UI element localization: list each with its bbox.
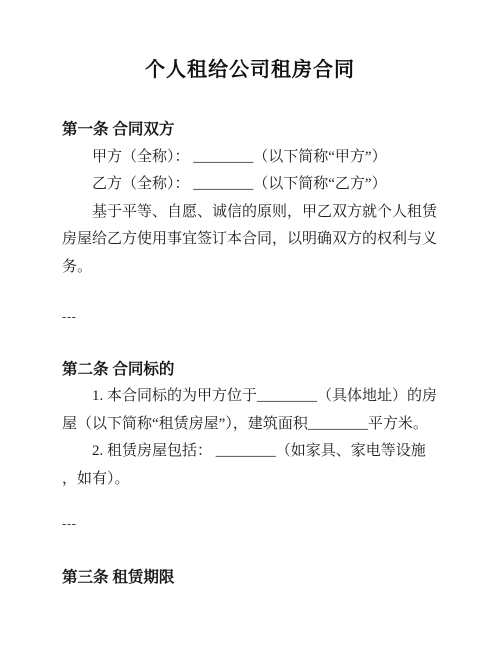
document-title: 个人租给公司租房合同 bbox=[62, 57, 438, 83]
section-contract-subject: 第二条 合同标的 1. 本合同标的为甲方位于________（具体地址）的房屋（… bbox=[62, 356, 438, 538]
section-divider: --- bbox=[62, 303, 438, 331]
section-3-heading: 第三条 租赁期限 bbox=[62, 564, 438, 592]
party-a-line: 甲方（全称）： ________（以下简称“甲方”） bbox=[62, 144, 438, 172]
subject-item-1: 1. 本合同标的为甲方位于________（具体地址）的房屋（以下简称“租赁房屋… bbox=[62, 383, 438, 438]
party-b-line: 乙方（全称）： ________（以下简称“乙方”） bbox=[62, 171, 438, 199]
contract-page: 个人租给公司租房合同 第一条 合同双方 甲方（全称）： ________（以下简… bbox=[0, 0, 500, 647]
principles-paragraph: 基于平等、自愿、诚信的原则，甲乙双方就个人租赁房屋给乙方使用事宜签订本合同，以明… bbox=[62, 199, 438, 282]
section-2-heading: 第二条 合同标的 bbox=[62, 356, 438, 384]
section-lease-term: 第三条 租赁期限 bbox=[62, 564, 438, 592]
subject-item-2: 2. 租赁房屋包括： ________（如家具、家电等设施，如有）。 bbox=[62, 438, 438, 493]
section-1-heading: 第一条 合同双方 bbox=[62, 116, 438, 144]
section-contract-parties: 第一条 合同双方 甲方（全称）： ________（以下简称“甲方”） 乙方（全… bbox=[62, 116, 438, 331]
section-divider: --- bbox=[62, 510, 438, 538]
